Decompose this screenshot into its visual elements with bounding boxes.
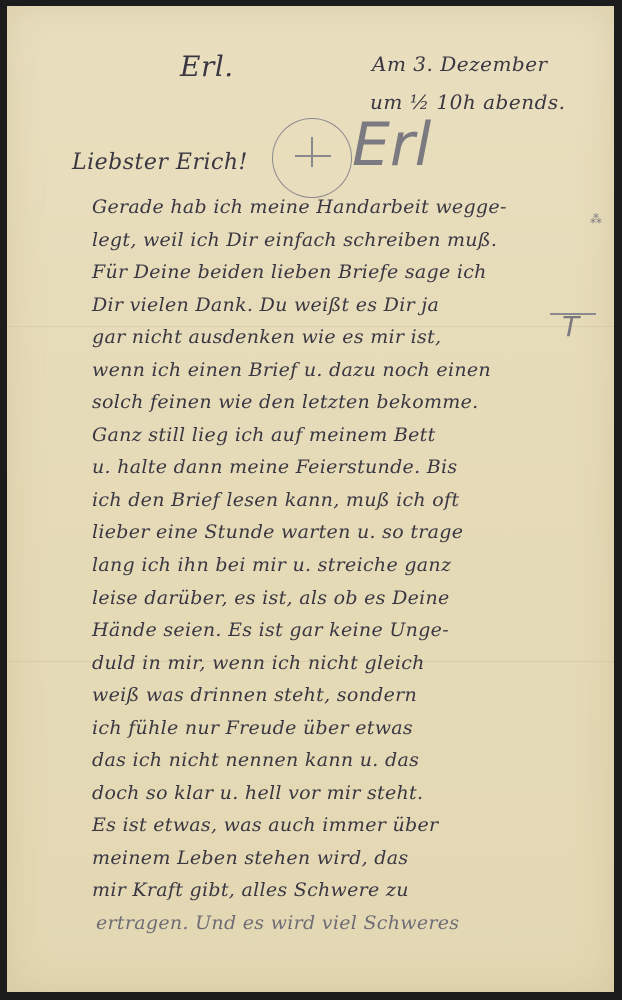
body-line: ertragen. Und es wird viel Schweres bbox=[96, 912, 459, 934]
body-line: doch so klar u. hell vor mir steht. bbox=[92, 782, 423, 804]
salutation: Liebster Erich! bbox=[72, 150, 248, 175]
body-line: lang ich ihn bei mir u. streiche ganz bbox=[92, 554, 451, 576]
body-line: mir Kraft gibt, alles Schwere zu bbox=[92, 879, 409, 901]
date-line-1: Am 3. Dezember bbox=[372, 52, 548, 76]
body-line: leise darüber, es ist, als ob es Deine bbox=[92, 587, 450, 609]
body-line: ich den Brief lesen kann, muß ich oft bbox=[92, 489, 459, 511]
body-line: Dir vielen Dank. Du weißt es Dir ja bbox=[92, 294, 439, 316]
body-line: ich fühle nur Freude über etwas bbox=[92, 717, 413, 739]
body-line: weiß was drinnen steht, sondern bbox=[92, 684, 417, 706]
body-line: meinem Leben stehen wird, das bbox=[92, 847, 408, 869]
body-line: u. halte dann meine Feierstunde. Bis bbox=[92, 456, 457, 478]
body-line: das ich nicht nennen kann u. das bbox=[92, 749, 419, 771]
body-line: legt, weil ich Dir einfach schreiben muß… bbox=[92, 229, 497, 251]
body-line: wenn ich einen Brief u. dazu noch einen bbox=[92, 359, 491, 381]
smudge-mark: ⁂ bbox=[590, 212, 602, 226]
body-line: gar nicht ausdenken wie es mir ist, bbox=[92, 326, 441, 348]
body-line: Es ist etwas, was auch immer über bbox=[92, 814, 438, 836]
body-line: Ganz still lieg ich auf meinem Bett bbox=[92, 424, 436, 446]
header-mark: Erl. bbox=[180, 50, 234, 83]
body-line: Gerade hab ich meine Handarbeit weggе- bbox=[92, 196, 507, 218]
body-line: Hände seien. Es ist gar keine Unge- bbox=[92, 619, 449, 641]
body-line: Für Deine beiden lieben Briefe sage ich bbox=[92, 261, 487, 283]
margin-mark: T bbox=[562, 310, 579, 343]
body-line: solch feinen wie den letzten bekomme. bbox=[92, 391, 479, 413]
body-line: duld in mir, wenn ich nicht gleich bbox=[92, 652, 425, 674]
body-line: lieber eine Stunde warten u. so trage bbox=[92, 521, 463, 543]
pencil-annotation: Erl bbox=[352, 110, 431, 180]
circled-plus-icon bbox=[272, 118, 352, 198]
